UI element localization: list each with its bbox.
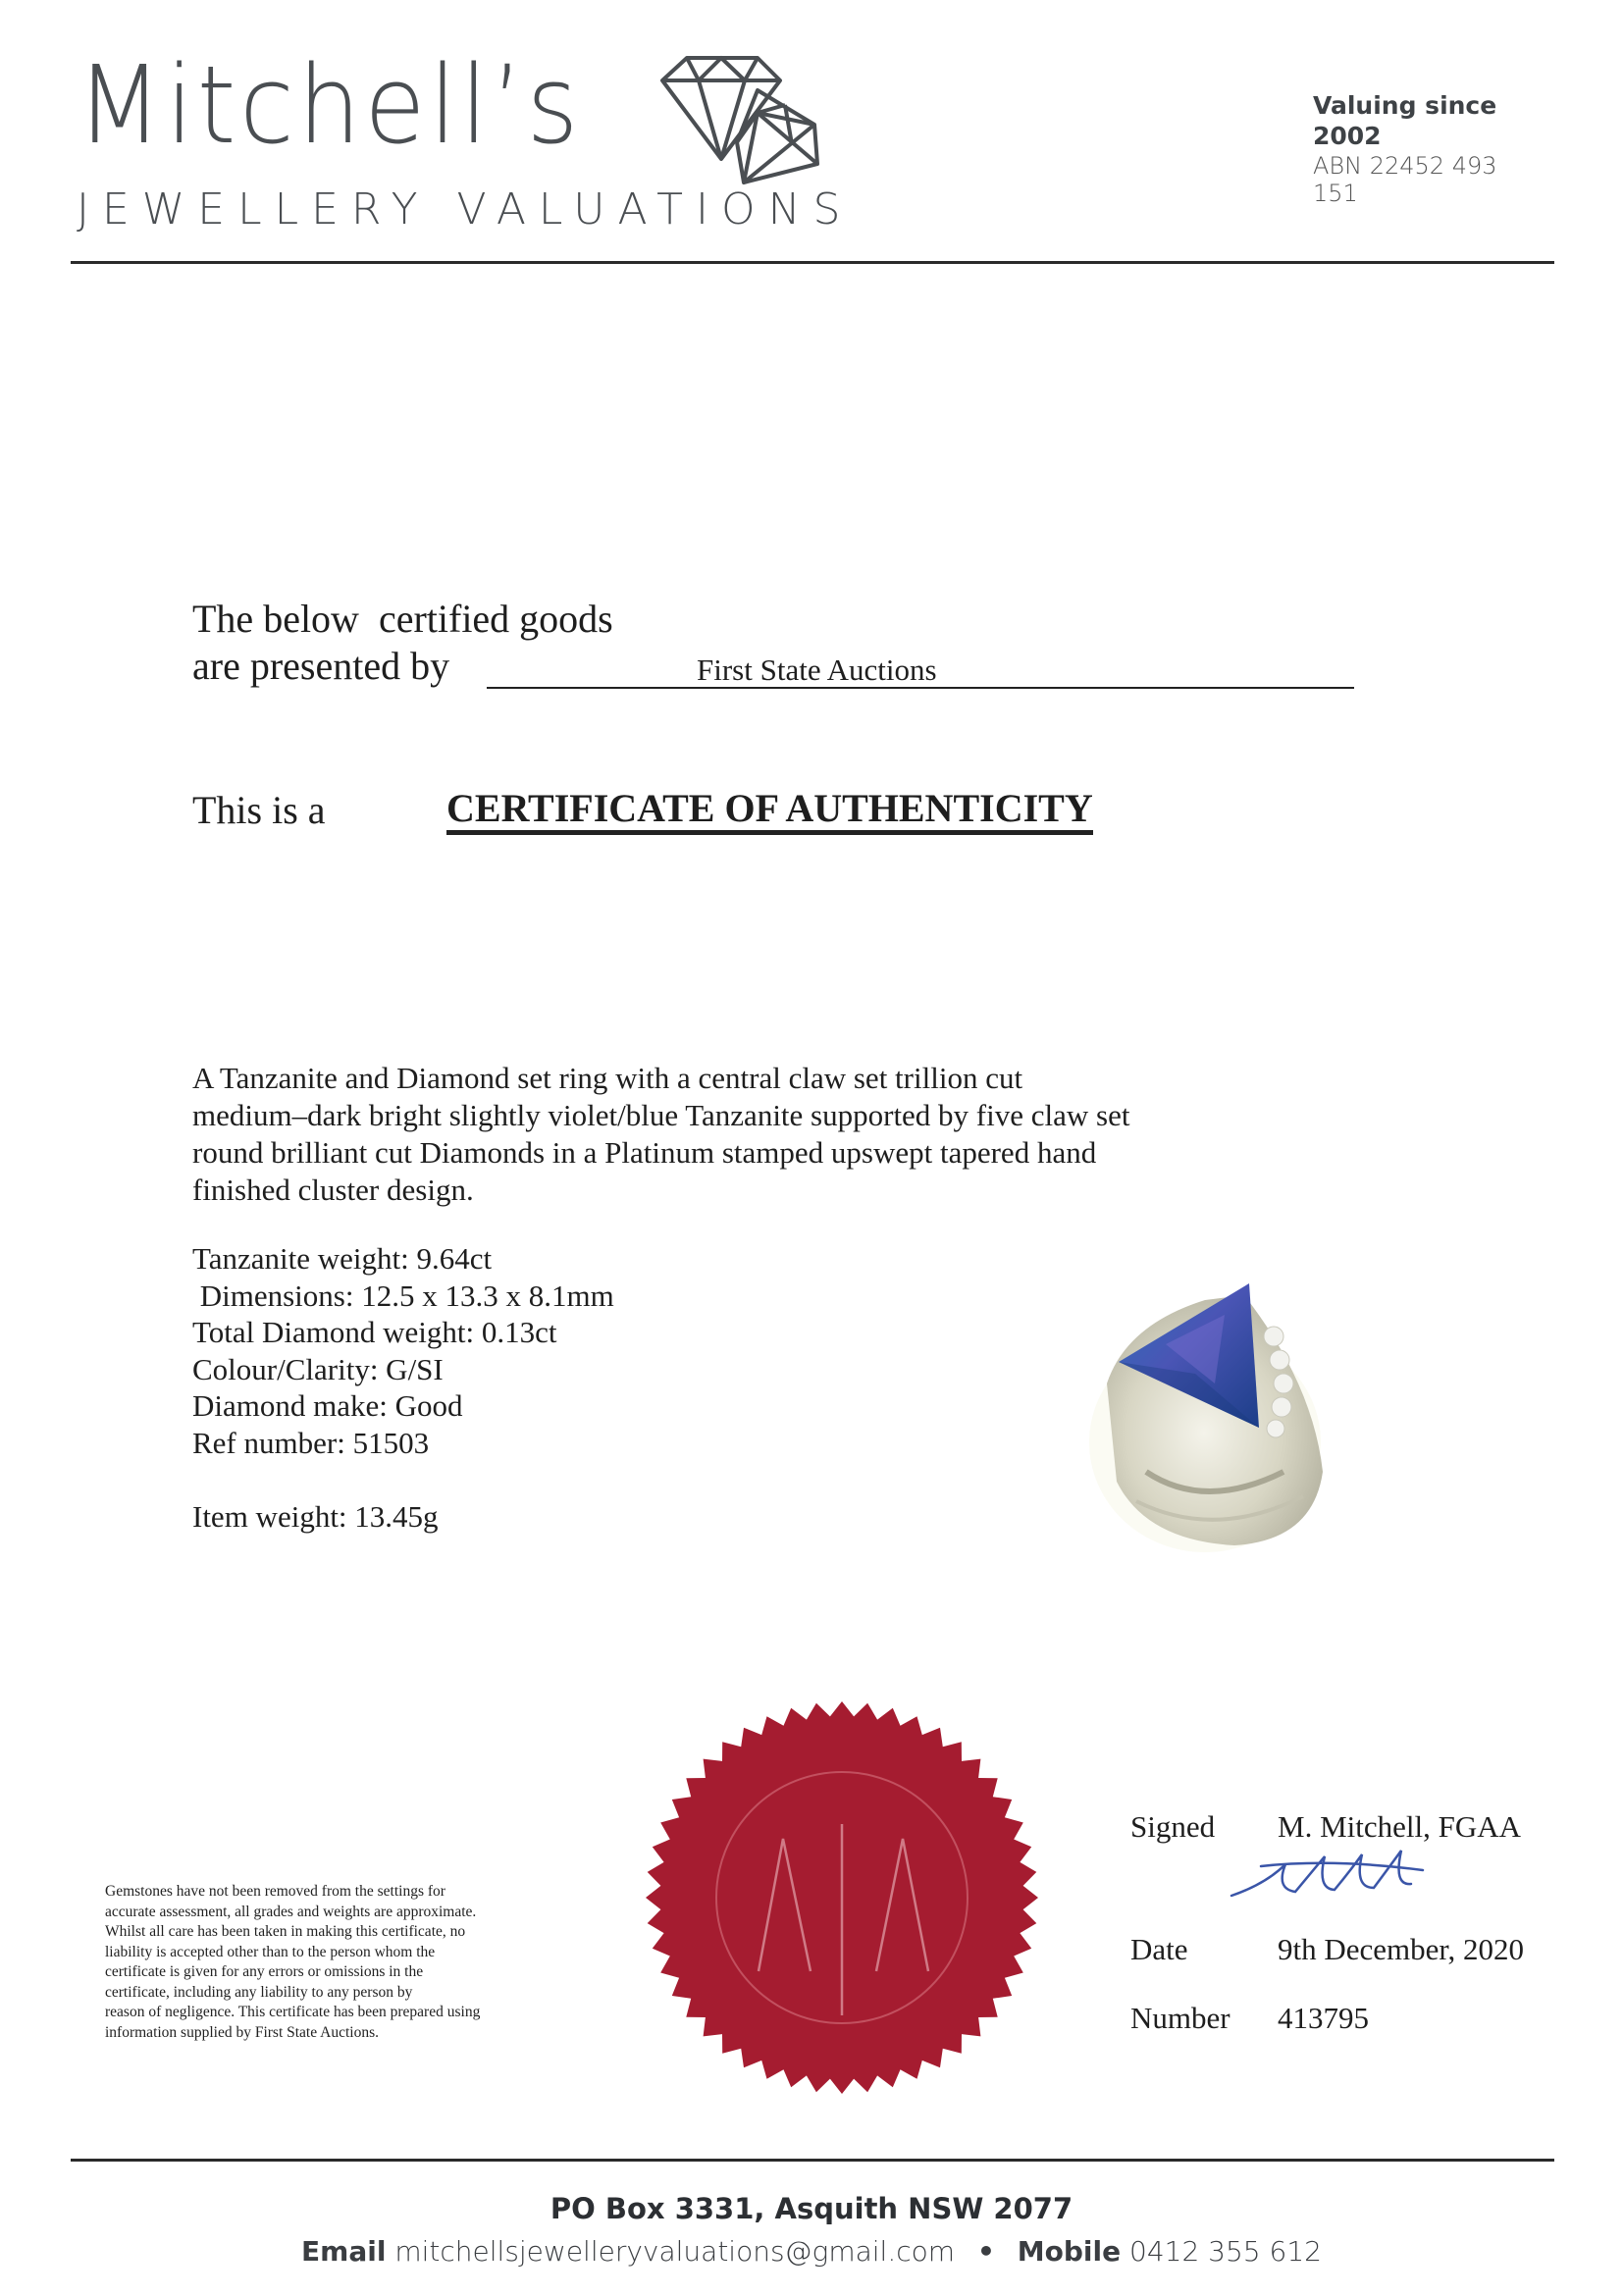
spec-ref-number: Ref number: 51503 [192, 1425, 614, 1462]
footer-contact: Email mitchellsjewelleryvaluations@gmail… [0, 2235, 1623, 2268]
disclaimer-line: certificate is given for any errors or o… [105, 1962, 615, 1983]
mobile-number[interactable]: 0412 355 612 [1129, 2235, 1322, 2268]
tagline-block: Valuing since 2002 ABN 22452 493 151 [1313, 90, 1548, 208]
spec-diamond-make: Diamond make: Good [192, 1387, 614, 1425]
handwritten-signature [1227, 1845, 1442, 1904]
ring-photo [1087, 1266, 1333, 1560]
presented-intro: The below certified goods are presented … [192, 596, 613, 690]
item-weight: Item weight: 13.45g [192, 1499, 439, 1535]
mobile-label: Mobile [1018, 2235, 1121, 2268]
number-value: 413795 [1278, 2001, 1369, 2036]
number-label: Number [1130, 2001, 1230, 2036]
disclaimer-line: accurate assessment, all grades and weig… [105, 1903, 615, 1923]
date-label: Date [1130, 1932, 1188, 1967]
disclaimer-line: certificate, including any liability to … [105, 1983, 615, 2004]
spec-colour-clarity: Colour/Clarity: G/SI [192, 1351, 614, 1388]
disclaimer: Gemstones have not been removed from the… [105, 1882, 615, 2043]
spec-tanzanite-weight: Tanzanite weight: 9.64ct [192, 1240, 614, 1278]
disclaimer-line: liability is accepted other than to the … [105, 1943, 615, 1963]
presented-line-2: are presented by [192, 643, 613, 690]
presented-line-1: The below certified goods [192, 596, 613, 643]
disclaimer-line: reason of negligence. This certificate h… [105, 2003, 615, 2023]
disclaimer-line: information supplied by First State Auct… [105, 2023, 615, 2044]
signed-value: M. Mitchell, FGAA [1278, 1809, 1521, 1845]
date-value: 9th December, 2020 [1278, 1932, 1524, 1967]
presenter-name: First State Auctions [697, 652, 937, 688]
certificate-prefix: This is a [192, 787, 326, 833]
spec-dimensions: Dimensions: 12.5 x 13.3 x 8.1mm [192, 1278, 614, 1315]
email-link[interactable]: mitchellsjewelleryvaluations@gmail.com [394, 2235, 955, 2268]
spec-diamond-weight: Total Diamond weight: 0.13ct [192, 1314, 614, 1351]
spec-list: Tanzanite weight: 9.64ct Dimensions: 12.… [192, 1240, 614, 1461]
disclaimer-line: Gemstones have not been removed from the… [105, 1882, 615, 1903]
diamond-pair-icon [643, 54, 829, 201]
disclaimer-line: Whilst all care has been taken in making… [105, 1922, 615, 1943]
tagline: Valuing since 2002 [1313, 90, 1548, 152]
signed-label: Signed [1130, 1809, 1215, 1845]
red-seal-icon [636, 1692, 1048, 2104]
email-label: Email [301, 2235, 386, 2268]
footer-divider [71, 2159, 1554, 2162]
brand-name: Mitchell’s [77, 51, 582, 159]
footer-address: PO Box 3331, Asquith NSW 2077 [0, 2192, 1623, 2225]
separator-dot: • [977, 2235, 995, 2268]
item-description: A Tanzanite and Diamond set ring with a … [192, 1060, 1134, 1209]
abn: ABN 22452 493 151 [1313, 152, 1548, 209]
header-divider [71, 261, 1554, 264]
certificate-title: CERTIFICATE OF AUTHENTICITY [446, 787, 1093, 835]
